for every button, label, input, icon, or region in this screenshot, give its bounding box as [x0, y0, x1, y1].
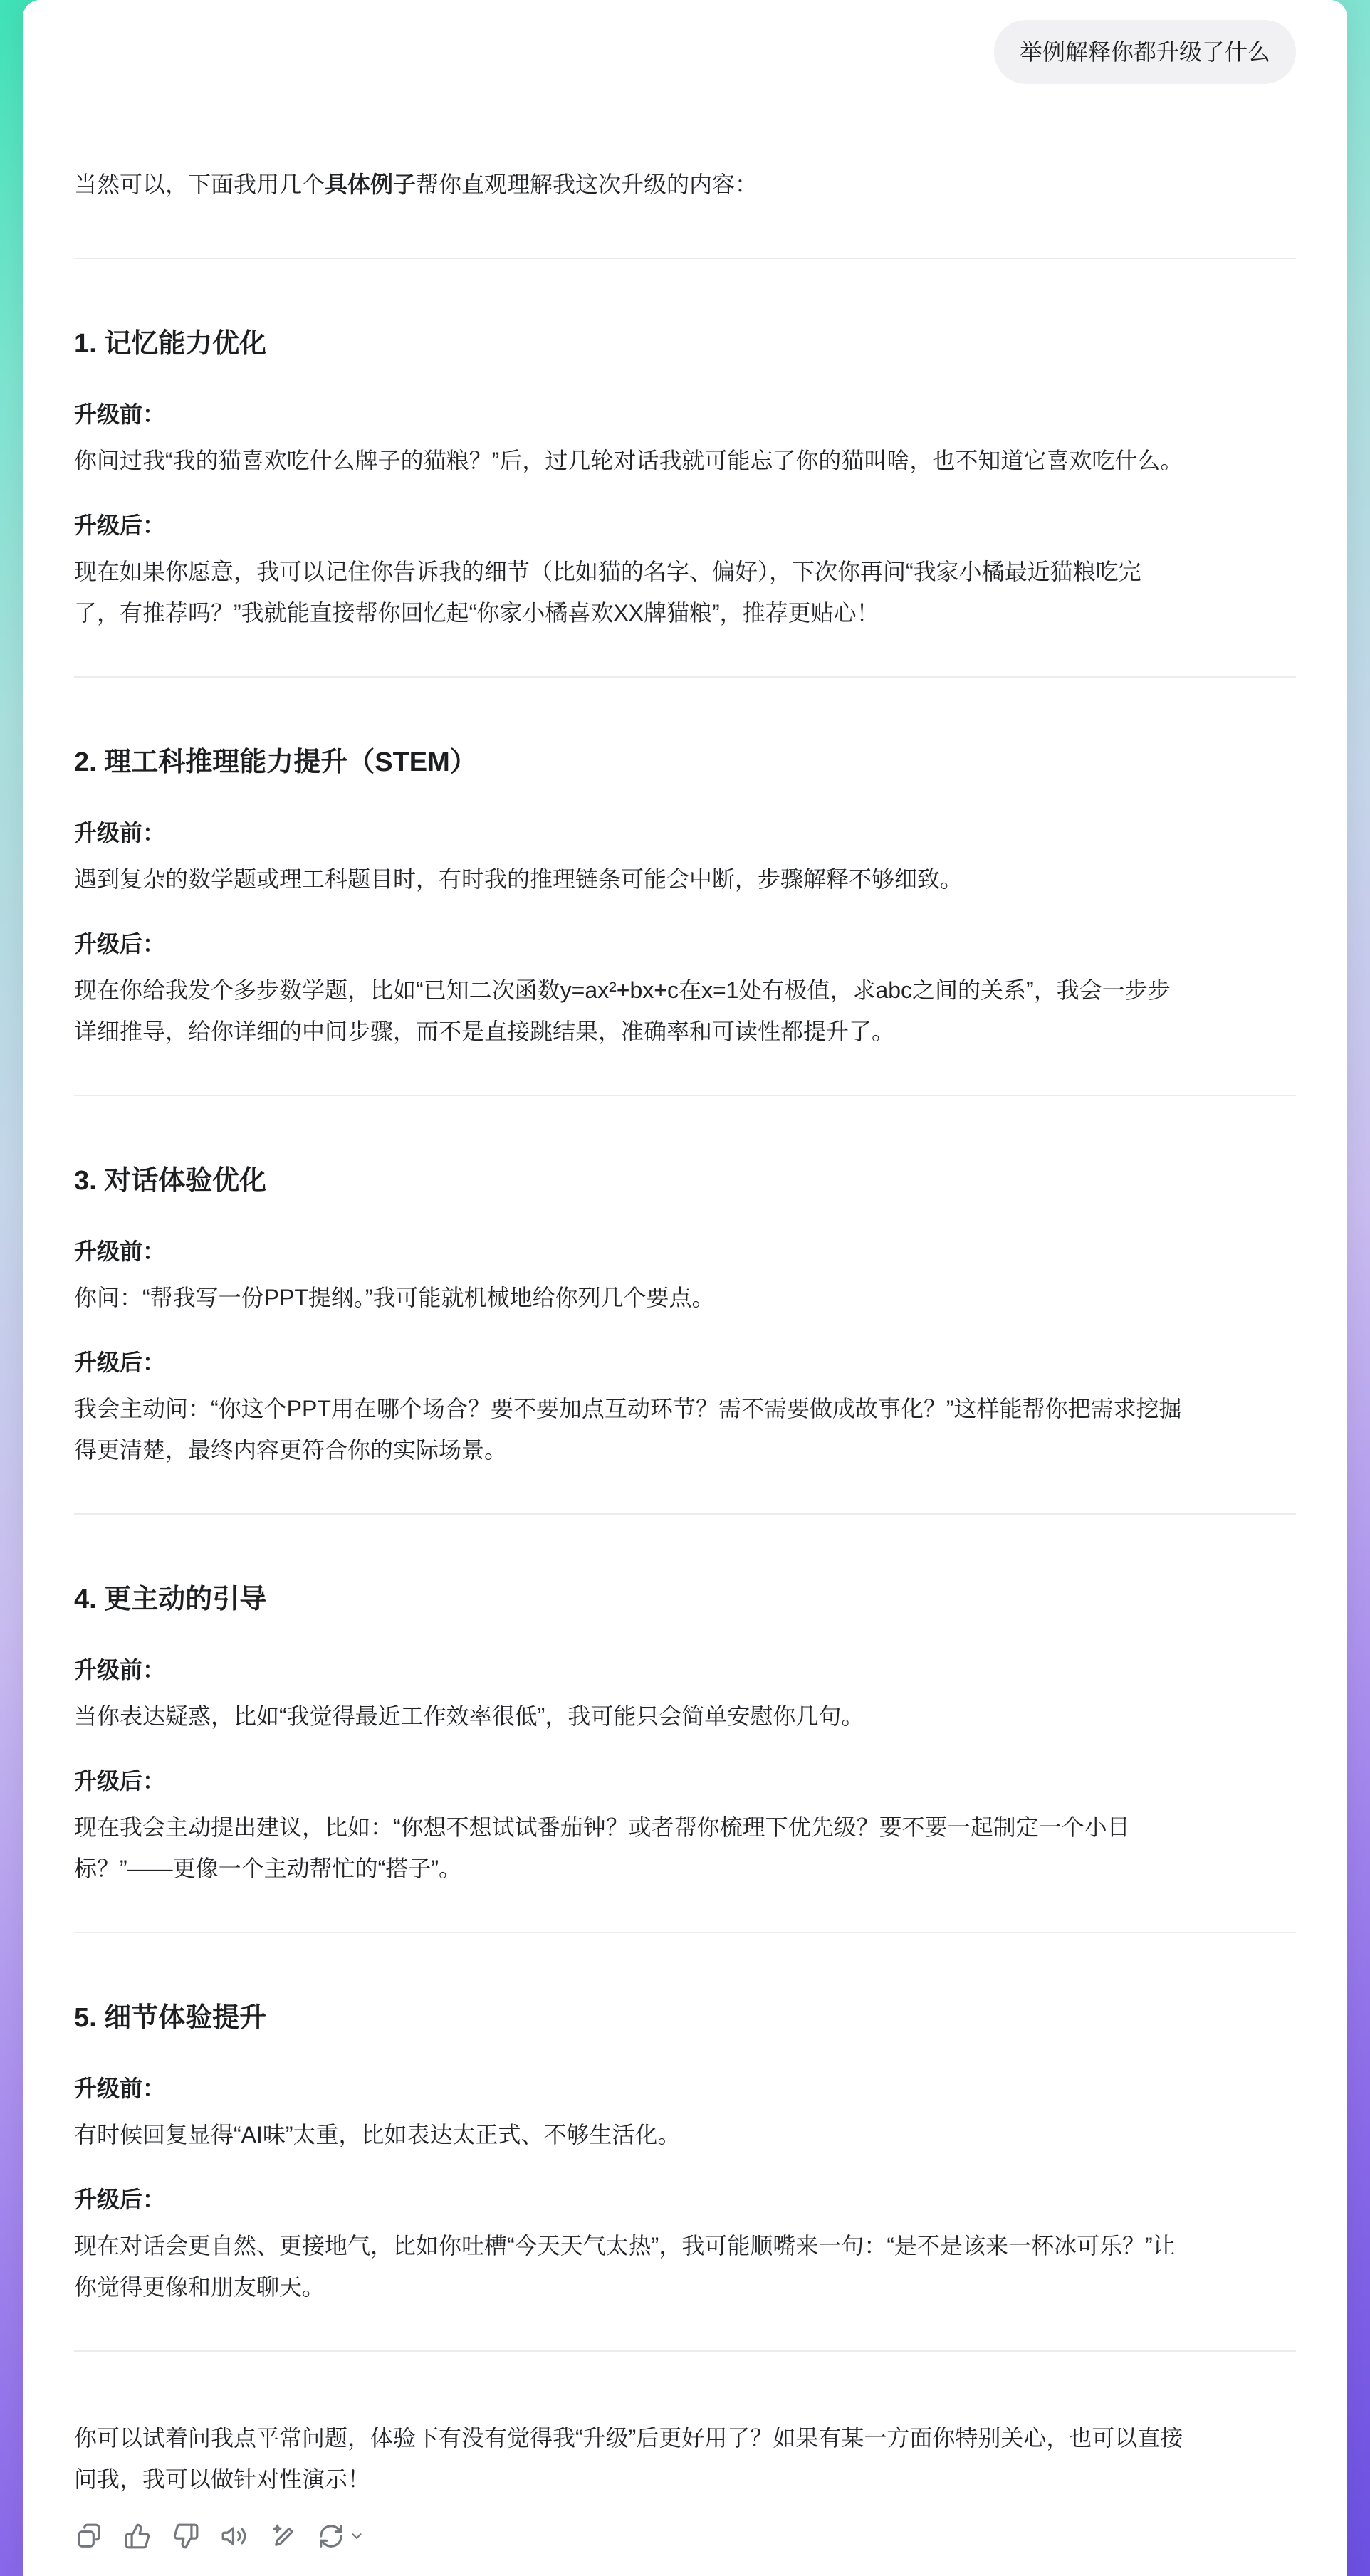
- edit-pencil-icon: [269, 2523, 296, 2550]
- before-text: 你问过我“我的猫喜欢吃什么牌子的猫粮？”后，过几轮对话我就可能忘了你的猫叫啥，也…: [74, 440, 1185, 481]
- section-divider: [74, 1932, 1296, 1933]
- user-message-bubble: 举例解释你都升级了什么: [994, 20, 1296, 84]
- before-text: 当你表达疑惑，比如“我觉得最近工作效率很低”，我可能只会简单安慰你几句。: [74, 1696, 1185, 1737]
- edit-rewrite-button[interactable]: [268, 2521, 298, 2551]
- before-label: 升级前：: [74, 813, 1296, 853]
- copy-icon: [75, 2523, 103, 2550]
- after-text: 现在对话会更自然、更接地气，比如你吐槽“今天天气太热”，我可能顺嘴来一句：“是不…: [74, 2225, 1185, 2308]
- after-label: 升级后：: [74, 505, 1296, 545]
- upgrade-section-1: 1. 记忆能力优化 升级前： 你问过我“我的猫喜欢吃什么牌子的猫粮？”后，过几轮…: [74, 325, 1296, 634]
- after-text: 现在你给我发个多步数学题，比如“已知二次函数y=ax²+bx+c在x=1处有极值…: [74, 969, 1185, 1052]
- intro-paragraph: 当然可以，下面我用几个具体例子帮你直观理解我这次升级的内容：: [74, 164, 1185, 205]
- regenerate-icon: [318, 2523, 345, 2550]
- section-title: 3. 对话体验优化: [74, 1162, 1296, 1200]
- after-label: 升级后：: [74, 1342, 1296, 1382]
- copy-button[interactable]: [74, 2521, 104, 2551]
- before-text: 遇到复杂的数学题或理工科题目时，有时我的推理链条可能会中断，步骤解释不够细致。: [74, 858, 1185, 900]
- section-divider: [74, 676, 1296, 678]
- after-label: 升级后：: [74, 1761, 1296, 1801]
- section-title: 1. 记忆能力优化: [74, 325, 1296, 363]
- chevron-down-icon: [349, 2528, 365, 2544]
- upgrade-section-5: 5. 细节体验提升 升级前： 有时候回复显得“AI味”太重，比如表达太正式、不够…: [74, 1999, 1296, 2308]
- thumbs-down-icon: [172, 2523, 199, 2550]
- before-text: 你问：“帮我写一份PPT提纲。”我可能就机械地给你列几个要点。: [74, 1277, 1185, 1318]
- section-title: 4. 更主动的引导: [74, 1580, 1296, 1619]
- upgrade-section-4: 4. 更主动的引导 升级前： 当你表达疑惑，比如“我觉得最近工作效率很低”，我可…: [74, 1580, 1296, 1889]
- before-text: 有时候回复显得“AI味”太重，比如表达太正式、不够生活化。: [74, 2114, 1185, 2155]
- after-label: 升级后：: [74, 2180, 1296, 2219]
- after-text: 我会主动问：“你这个PPT用在哪个场合？要不要加点互动环节？需不需要做成故事化？…: [74, 1388, 1185, 1471]
- upgrade-section-2: 2. 理工科推理能力提升（STEM） 升级前： 遇到复杂的数学题或理工科题目时，…: [74, 743, 1296, 1052]
- read-aloud-button[interactable]: [219, 2521, 249, 2551]
- after-text: 现在我会主动提出建议，比如：“你想不想试试番茄钟？或者帮你梳理下优先级？要不要一…: [74, 1807, 1185, 1889]
- section-divider: [74, 2350, 1296, 2352]
- section-divider: [74, 1513, 1296, 1515]
- intro-post: 帮你直观理解我这次升级的内容：: [416, 172, 758, 197]
- intro-bold: 具体例子: [325, 172, 416, 197]
- upgrade-section-3: 3. 对话体验优化 升级前： 你问：“帮我写一份PPT提纲。”我可能就机械地给你…: [74, 1162, 1296, 1471]
- message-action-bar: [74, 2521, 1296, 2572]
- section-title: 2. 理工科推理能力提升（STEM）: [74, 743, 1296, 782]
- page-background: 举例解释你都升级了什么 当然可以，下面我用几个具体例子帮你直观理解我这次升级的内…: [0, 0, 1370, 2576]
- before-label: 升级前：: [74, 1650, 1296, 1690]
- after-label: 升级后：: [74, 924, 1296, 964]
- section-divider: [74, 1095, 1296, 1096]
- read-aloud-icon: [221, 2523, 248, 2550]
- thumbs-down-button[interactable]: [171, 2521, 201, 2551]
- assistant-message: 当然可以，下面我用几个具体例子帮你直观理解我这次升级的内容： 1. 记忆能力优化…: [74, 164, 1296, 2572]
- closing-paragraph: 你可以试着问我点平常问题，体验下有没有觉得我“升级”后更好用了？如果有某一方面你…: [74, 2417, 1185, 2500]
- user-message-row: 举例解释你都升级了什么: [74, 20, 1296, 84]
- before-label: 升级前：: [74, 2068, 1296, 2108]
- before-label: 升级前：: [74, 394, 1296, 434]
- section-title: 5. 细节体验提升: [74, 1999, 1296, 2037]
- thumbs-up-button[interactable]: [122, 2521, 152, 2551]
- intro-pre: 当然可以，下面我用几个: [74, 172, 325, 197]
- thumbs-up-icon: [124, 2523, 151, 2550]
- section-divider: [74, 258, 1296, 259]
- conversation: 举例解释你都升级了什么 当然可以，下面我用几个具体例子帮你直观理解我这次升级的内…: [23, 0, 1347, 2572]
- regenerate-button[interactable]: [316, 2521, 366, 2551]
- before-label: 升级前：: [74, 1231, 1296, 1271]
- chat-card: 举例解释你都升级了什么 当然可以，下面我用几个具体例子帮你直观理解我这次升级的内…: [23, 0, 1347, 2576]
- after-text: 现在如果你愿意，我可以记住你告诉我的细节（比如猫的名字、偏好），下次你再问“我家…: [74, 551, 1185, 634]
